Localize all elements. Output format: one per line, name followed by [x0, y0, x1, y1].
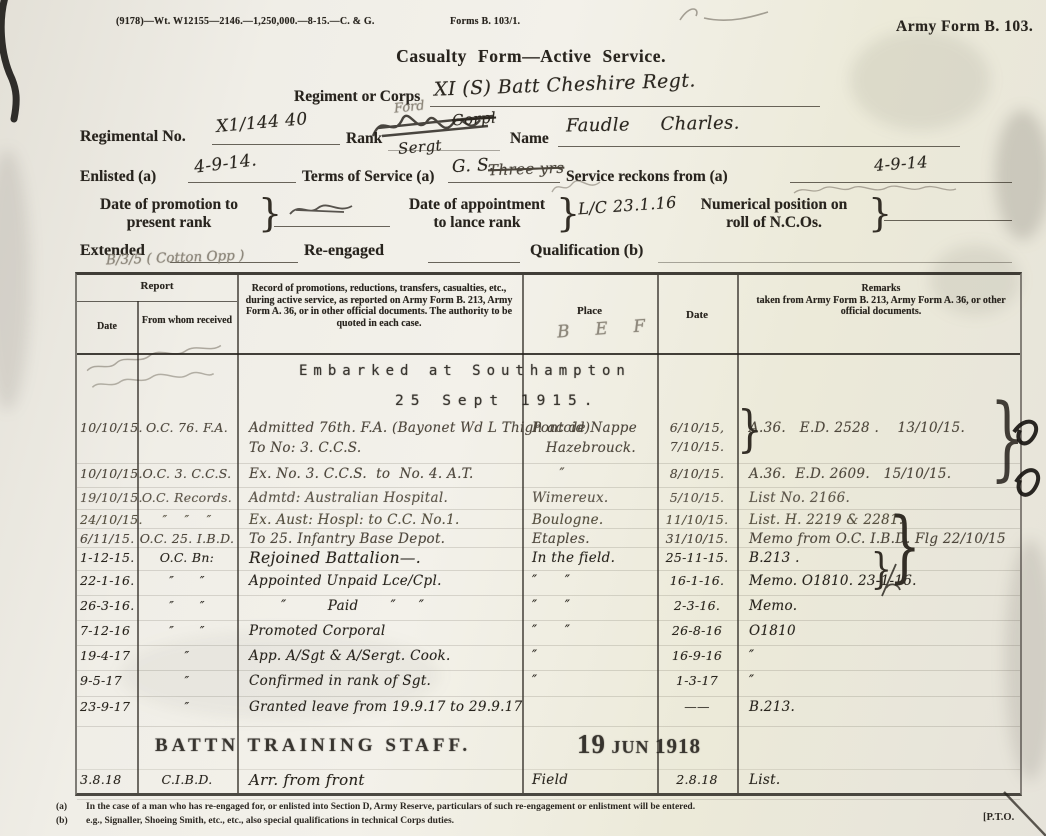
cell-date: 7-12-16: [77, 621, 137, 645]
cell-from: O.C. Records.: [137, 488, 237, 509]
cell-date: 10/10/15.: [77, 418, 137, 463]
cell-place: ″ ″: [522, 571, 657, 595]
brace-mark: }: [868, 194, 892, 232]
cell-date: 3.8.18: [77, 770, 137, 799]
cell-place: Field: [522, 770, 657, 799]
cell-record: Appointed Unpaid Lce/Cpl.: [237, 571, 522, 595]
ink-scribble: [876, 562, 904, 600]
embarked-date-stamp: 25 Sept 1915.: [395, 393, 600, 409]
embarkation-stamp-area: Embarked at Southampton 25 Sept 1915.: [77, 355, 1020, 418]
cell-rdate: 1-3-17: [657, 671, 737, 696]
cell-line: ″: [532, 671, 657, 691]
cell-line: 24/10/15.: [80, 510, 137, 529]
battn-stamp-date: 19 JUN 1918: [577, 729, 701, 760]
rule-line: [212, 144, 340, 145]
cell-line: Wimereux.: [532, 488, 657, 508]
table-row: 7-12-16″ ″Promoted Corporal″ ″26-8-16O18…: [77, 621, 1020, 646]
cell-line: 1-3-17: [657, 671, 737, 690]
rule-line: [448, 182, 560, 183]
cell-record: ″ Paid ″ ″: [237, 596, 522, 620]
table-row: 24/10/15.″ ″ ″Ex. Aust: Hospl: to C.C. N…: [77, 510, 1020, 529]
cell-place: Wimereux.: [522, 488, 657, 509]
cell-record: App. A/Sgt & A/Sergt. Cook.: [237, 646, 522, 670]
table-row: 19/10/15.O.C. Records.Admtd: Australian …: [77, 488, 1020, 510]
cell-date: 23-9-17: [77, 697, 137, 726]
rule-line: [884, 220, 1012, 221]
cell-line: App. A/Sgt & A/Sergt. Cook.: [249, 646, 522, 666]
paper-stain: [0, 150, 30, 410]
cell-record: Admitted 76th. F.A. (Bayonet Wd L Thigh …: [237, 418, 522, 463]
name-value: Faudle Charles.: [566, 112, 740, 136]
cell-line: 1-12-15.: [80, 548, 137, 567]
numerical-position-label: Numerical position on roll of N.C.Os.: [678, 196, 870, 232]
cell-record: Rejoined Battalion—.: [237, 548, 522, 570]
appointment-label-line1: Date of appointment: [398, 196, 556, 214]
corner-ink-mark: [0, 0, 36, 124]
header-date2: Date: [657, 309, 737, 321]
cell-rdate: ——: [657, 697, 737, 726]
cell-line: ″ ″: [532, 571, 657, 591]
table-row: 10/10/15.O.C. 3. C.C.S.Ex. No. 3. C.C.S.…: [77, 464, 1020, 488]
cell-rdate: 6/10/15,7/10/15.: [657, 418, 737, 463]
cell-line: 26-3-16.: [80, 596, 137, 615]
cell-line: 9-5-17: [80, 671, 137, 690]
battn-stamp-row: BATTN TRAINING STAFF. 19 JUN 1918: [77, 727, 1020, 770]
cell-from: ″ ″: [137, 596, 237, 620]
cell-line: Etaples.: [532, 529, 657, 549]
cell-rdate: 2-3-16.: [657, 596, 737, 620]
cell-from: ″: [137, 646, 237, 670]
cell-remarks: List. H. 2219 & 2281.: [737, 510, 1020, 528]
cell-line: ″: [137, 671, 237, 690]
cell-line: To 25. Infantry Base Depot.: [249, 529, 522, 549]
cell-line: ″ ″ ″: [137, 510, 237, 529]
cell-line: 6/10/15,: [657, 418, 737, 437]
document-page: (9178)—Wt. W12155—2146.—1,250,000.—8-15.…: [0, 0, 1046, 836]
cell-date: 10/10/15.: [77, 464, 137, 487]
cell-line: Confirmed in rank of Sgt.: [249, 671, 522, 691]
enlisted-label: Enlisted (a): [80, 168, 156, 186]
forms-reference: Forms B. 103/1.: [450, 16, 520, 27]
cell-place: [522, 697, 657, 726]
cell-line: 5/10/15.: [657, 488, 737, 507]
cell-from: O.C. 76. F.A.: [137, 418, 237, 463]
cell-remarks: ″: [737, 671, 1020, 696]
cell-from: ″: [137, 671, 237, 696]
cell-rdate: 11/10/15.: [657, 510, 737, 528]
cell-place: Etaples.: [522, 529, 657, 547]
regimental-no-value: X1/144 40: [215, 109, 308, 137]
footnote-b-text: e.g., Signaller, Shoeing Smith, etc., et…: [86, 816, 966, 826]
rule-line: [558, 146, 960, 147]
cell-date: 22-1-16.: [77, 571, 137, 595]
cell-record: To 25. Infantry Base Depot.: [237, 529, 522, 547]
cell-line: 16-1-16.: [657, 571, 737, 590]
header-record: Record of promotions, reductions, transf…: [243, 283, 515, 329]
header-remarks-title: Remarks: [745, 283, 1017, 295]
cell-remarks: A.36. E.D. 2528 . 13/10/15.: [737, 418, 1020, 463]
cell-line: Promoted Corporal: [249, 621, 522, 641]
cell-line: Field: [532, 770, 657, 790]
cell-place: ″ ″: [522, 621, 657, 645]
cell-record: Ex. Aust: Hospl: to C.C. No.1.: [237, 510, 522, 528]
embarked-stamp: Embarked at Southampton: [299, 363, 631, 379]
header-report: Report: [77, 280, 237, 292]
numerical-label-line1: Numerical position on: [678, 196, 870, 214]
cell-date: 19/10/15.: [77, 488, 137, 509]
cell-line: List No. 2166.: [749, 488, 1020, 508]
cell-line: In the field.: [532, 548, 657, 568]
paper-stain: [850, 30, 990, 130]
cell-line: 10/10/15.: [80, 464, 137, 483]
appointment-label: Date of appointment to lance rank: [398, 196, 556, 232]
table-row: 23-9-17″Granted leave from 19.9.17 to 29…: [77, 697, 1020, 727]
cell-line: ″ ″: [532, 596, 657, 616]
cell-rdate: 16-1-16.: [657, 571, 737, 595]
cell-line: ″ ″: [137, 596, 237, 615]
cell-line: 16-9-16: [657, 646, 737, 665]
promotion-label-line1: Date of promotion to: [80, 196, 258, 214]
table-row: 9-5-17″Confirmed in rank of Sgt.″1-3-17″: [77, 671, 1020, 697]
rule-line: [658, 262, 1012, 263]
cell-remarks: List.: [737, 770, 1020, 799]
cell-place: In the field.: [522, 548, 657, 570]
cell-line: A.36. E.D. 2528 . 13/10/15.: [749, 418, 1020, 438]
cell-line: Rejoined Battalion—.: [249, 548, 522, 568]
rule-line: [388, 150, 500, 151]
cell-line: O.C. Bn:: [137, 548, 237, 567]
cell-line: 3.8.18: [80, 770, 137, 789]
cell-line: 7-12-16: [80, 621, 137, 640]
rule-line: [188, 182, 296, 183]
cell-record: Admtd: Australian Hospital.: [237, 488, 522, 509]
cell-record: Confirmed in rank of Sgt.: [237, 671, 522, 696]
cell-place: ″: [522, 464, 657, 487]
cell-line: To No: 3. C.C.S.: [249, 438, 522, 458]
ink-scribble: [286, 200, 356, 220]
cell-line: O.C. 25. I.B.D.: [137, 529, 237, 548]
cell-line: A.36. E.D. 2609. 15/10/15.: [749, 464, 1020, 484]
table-body-late: 3.8.18C.I.B.D.Arr. from frontField2.8.18…: [77, 770, 1020, 800]
cell-from: ″ ″: [137, 621, 237, 645]
rule-line: [274, 226, 390, 227]
cell-line: ″: [137, 697, 237, 716]
cell-line: Admtd: Australian Hospital.: [249, 488, 522, 508]
battn-training-stamp: BATTN TRAINING STAFF.: [155, 735, 471, 757]
table-row: 19-4-17″App. A/Sgt & A/Sergt. Cook.″16-9…: [77, 646, 1020, 671]
cell-remarks: O1810: [737, 621, 1020, 645]
cell-line: ——: [657, 697, 737, 716]
rank-struck-value: Corpl: [451, 108, 496, 129]
cell-rdate: 25-11-15.: [657, 548, 737, 570]
cell-place: Pont de Nappe Hazebrouck.: [522, 418, 657, 463]
cell-line: ″ ″: [137, 571, 237, 590]
cell-from: C.I.B.D.: [137, 770, 237, 799]
print-reference: (9178)—Wt. W12155—2146.—1,250,000.—8-15.…: [116, 16, 375, 27]
cell-line: ″: [532, 646, 657, 666]
cell-line: 19/10/15.: [80, 488, 137, 507]
cell-from: ″ ″: [137, 571, 237, 595]
cell-line: ″: [137, 646, 237, 665]
enlisted-value: 4-9-14.: [193, 150, 258, 178]
cell-rdate: 2.8.18: [657, 770, 737, 799]
cell-date: 1-12-15.: [77, 548, 137, 570]
cell-line: C.I.B.D.: [137, 770, 237, 789]
cell-line: Ex. Aust: Hospl: to C.C. No.1.: [249, 510, 522, 530]
header-divider: [77, 301, 237, 302]
cell-line: 22-1-16.: [80, 571, 137, 590]
cell-line: Arr. from front: [249, 770, 522, 790]
cell-line: 6/11/15.: [80, 529, 137, 548]
cell-remarks: ″: [737, 646, 1020, 670]
cell-place: ″: [522, 646, 657, 670]
regimental-no-label: Regimental No.: [80, 128, 186, 146]
cell-line: ″: [532, 464, 657, 484]
cell-remarks: A.36. E.D. 2609. 15/10/15.: [737, 464, 1020, 487]
cell-date: 19-4-17: [77, 646, 137, 670]
cell-line: 26-8-16: [657, 621, 737, 640]
pto-label: [P.T.O.: [983, 812, 1014, 823]
cell-date: 9-5-17: [77, 671, 137, 696]
cell-line: 31/10/15.: [657, 529, 737, 548]
cell-record: Arr. from front: [237, 770, 522, 799]
header-remarks: Remarks taken from Army Form B. 213, Arm…: [745, 283, 1017, 318]
footnote-b-label: (b): [56, 816, 68, 826]
battn-stamp-day: 19: [577, 729, 606, 759]
cell-record: Ex. No. 3. C.C.S. to No. 4. A.T.: [237, 464, 522, 487]
cell-line: O1810: [749, 621, 1020, 641]
reengaged-label: Re-engaged: [304, 242, 384, 260]
footnote-a-text: In the case of a man who has re-engaged …: [86, 802, 966, 812]
cell-line: 19-4-17: [80, 646, 137, 665]
army-form-number: Army Form B. 103.: [896, 18, 1033, 36]
numerical-label-line2: roll of N.C.Os.: [678, 214, 870, 232]
cell-rdate: 31/10/15.: [657, 529, 737, 547]
cell-remarks: List No. 2166.: [737, 488, 1020, 509]
cell-from: ″: [137, 697, 237, 726]
table-row: 10/10/15.O.C. 76. F.A.Admitted 76th. F.A…: [77, 418, 1020, 464]
rank-value: Sergt: [397, 136, 442, 158]
cell-place: ″ ″: [522, 596, 657, 620]
footnote-a-label: (a): [56, 802, 67, 812]
rule-line: [428, 262, 520, 263]
qualification-label: Qualification (b): [530, 242, 643, 260]
ink-scribble: [1008, 412, 1046, 522]
form-title: Casualty Form—Active Service.: [396, 46, 666, 67]
cell-line: O.C. 3. C.C.S.: [137, 464, 237, 483]
cell-line: 11/10/15.: [657, 510, 737, 529]
cell-line: Pont de Nappe: [532, 418, 657, 438]
cell-place: Boulogne.: [522, 510, 657, 528]
cell-place: ″: [522, 671, 657, 696]
cell-line: ″: [749, 646, 1020, 666]
cell-rdate: 16-9-16: [657, 646, 737, 670]
cell-remarks: B.213.: [737, 697, 1020, 726]
cell-rdate: 5/10/15.: [657, 488, 737, 509]
cell-date: 6/11/15.: [77, 529, 137, 547]
table-header: Report Date From whom received Record of…: [77, 275, 1020, 355]
battn-stamp-year: 1918: [655, 734, 701, 758]
cell-line: 7/10/15.: [657, 437, 737, 456]
promotion-label-line2: present rank: [80, 214, 258, 232]
cell-line: ″: [749, 671, 1020, 691]
cell-from: O.C. 25. I.B.D.: [137, 529, 237, 547]
terms-label: Terms of Service (a): [302, 168, 434, 186]
pencil-scribble: [660, 2, 770, 28]
regiment-value: XI (S) Batt Cheshire Regt.: [434, 69, 696, 100]
cell-line: 10/10/15.: [80, 418, 137, 437]
cell-from: O.C. Bn:: [137, 548, 237, 570]
brace-mark: }: [737, 404, 762, 454]
cell-line: Appointed Unpaid Lce/Cpl.: [249, 571, 522, 591]
cell-line: List.: [749, 770, 1020, 790]
service-record-table: Report Date From whom received Record of…: [75, 272, 1022, 796]
battn-stamp-month: JUN: [606, 737, 655, 757]
cell-line: Boulogne.: [532, 510, 657, 530]
header-remarks-body: taken from Army Form B. 213, Army Form A…: [745, 295, 1017, 318]
cell-record: Granted leave from 19.9.17 to 29.9.17: [237, 697, 522, 726]
cell-date: 26-3-16.: [77, 596, 137, 620]
reckons-value: 4-9-14: [873, 152, 928, 175]
cell-line: 8/10/15.: [657, 464, 737, 483]
appointment-label-line2: to lance rank: [398, 214, 556, 232]
cell-date: 24/10/15.: [77, 510, 137, 528]
cell-line: Granted leave from 19.9.17 to 29.9.17: [249, 697, 522, 717]
cell-rdate: 26-8-16: [657, 621, 737, 645]
extended-pencil-note: B/3/5 ( Cotton Opp ): [106, 248, 245, 269]
header-place: Place: [522, 305, 657, 317]
cell-from: O.C. 3. C.C.S.: [137, 464, 237, 487]
cell-line: 25-11-15.: [657, 548, 737, 567]
header-from-whom: From whom received: [137, 315, 237, 327]
cell-line: ″ Paid ″ ″: [249, 596, 522, 616]
header-date: Date: [77, 321, 137, 332]
place-pencil-note: B E F: [556, 316, 657, 343]
cell-line: Admitted 76th. F.A. (Bayonet Wd L Thigh …: [249, 418, 522, 438]
cell-line: O.C. 76. F.A.: [137, 418, 237, 437]
promotion-label: Date of promotion to present rank: [80, 196, 258, 232]
cell-line: ″ ″: [137, 621, 237, 640]
table-row: 3.8.18C.I.B.D.Arr. from frontField2.8.18…: [77, 770, 1020, 800]
cell-line: B.213.: [749, 697, 1020, 717]
cell-line: 2.8.18: [657, 770, 737, 789]
cell-from: ″ ″ ″: [137, 510, 237, 528]
name-label: Name: [510, 130, 549, 148]
cell-line: 2-3-16.: [657, 596, 737, 615]
cell-line: 23-9-17: [80, 697, 137, 716]
cell-line: Hazebrouck.: [532, 438, 657, 458]
cell-rdate: 8/10/15.: [657, 464, 737, 487]
cell-line: Ex. No. 3. C.C.S. to No. 4. A.T.: [249, 464, 522, 484]
cell-line: List. H. 2219 & 2281.: [749, 510, 1020, 530]
cell-record: Promoted Corporal: [237, 621, 522, 645]
cell-line: ″ ″: [532, 621, 657, 641]
cell-line: O.C. Records.: [137, 488, 237, 507]
